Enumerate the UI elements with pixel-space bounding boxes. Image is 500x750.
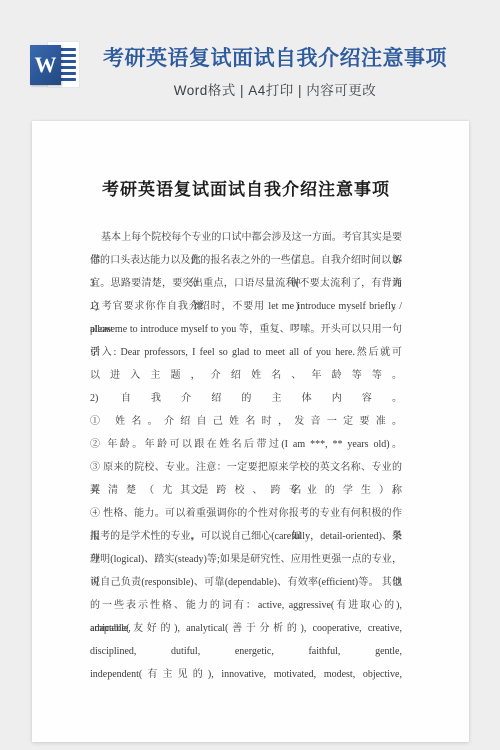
document-text-line: 以进入主题，介绍姓名、年龄等等。 [90, 364, 402, 387]
document-body: 基本上每个院校每个专业的口试中都会涉及这一方面。考官其实是要借此了解你的口头表达… [90, 226, 402, 686]
screenshot-root: { "header": { "icon_letter": "W", "title… [0, 0, 500, 750]
word-icon-letter: W [30, 45, 61, 85]
document-text-line: 引入: Dear professors, I feel so glad to m… [90, 341, 402, 364]
document-text-line: 宜。思路要清楚，要突出重点，口语尽量流利(不要太流利了，有背诵之嫌)。 [90, 272, 402, 295]
document-text-line: ③ 原来的院校、专业。注意：一定要把原来学校的英文名称、专业的英文名称 [90, 456, 402, 479]
document-text-line: 你的口头表达能力以及你的报名表之外的一些信息。自我介绍时间以 2-3 分钟为 [90, 249, 402, 272]
document-text-line: 报考的是学术性的专业，可以说自己细心(carefully，detail-orie… [90, 525, 402, 548]
document-text-line: independent(有主见的), innovative, motivated… [90, 663, 402, 686]
document-text-line: ① 姓名。介绍自己姓名时，发音一定要准。 [90, 410, 402, 433]
page-subtitle: Word格式 | A4打印 | 内容可更改 [85, 79, 465, 99]
document-text-line: 的一些表示性格、能力的词有：active, aggressive(有进取心的),… [90, 594, 402, 617]
document-text-line: 分明(logical)、踏实(steady)等;如果是研究性、应用性更强一点的专… [90, 548, 402, 571]
document-text-line: 基本上每个院校每个专业的口试中都会涉及这一方面。考官其实是要借此了解 [90, 226, 402, 249]
document-text-line: 2) 自我介绍的主体内容。 [90, 387, 402, 410]
document-text-line: 说自己负责(responsible)、可靠(dependable)、有效率(ef… [90, 571, 402, 594]
document-page: 考研英语复试面试自我介绍注意事项 基本上每个院校每个专业的口试中都会涉及这一方面… [32, 121, 469, 742]
header-text-block: 考研英语复试面试自我介绍注意事项 Word格式 | A4打印 | 内容可更改 [85, 42, 465, 99]
word-icon: W [30, 41, 82, 90]
document-text-line: 弄清楚（尤其是跨校、跨专业的学生）。 [90, 479, 402, 502]
document-text-line: allow me to introduce myself to you 等，重复… [90, 318, 402, 341]
header: W 考研英语复试面试自我介绍注意事项 Word格式 | A4打印 | 内容可更改 [0, 0, 500, 120]
document-text-line: ② 年龄。年龄可以跟在姓名后带过(I am ***, ** years old)… [90, 433, 402, 456]
document-text-line: disciplined, dutiful, energetic, faithfu… [90, 640, 402, 663]
document-text-line: ④ 性格、能力。可以着重强调你的个性对你报考的专业有何积极的作用。如果 [90, 502, 402, 525]
document-title: 考研英语复试面试自我介绍注意事项 [90, 179, 402, 201]
document-text-line: amicable(友好的), analytical(善于分析的), cooper… [90, 617, 402, 640]
page-title: 考研英语复试面试自我介绍注意事项 [85, 42, 465, 72]
document-text-line: 1) 考官要求你作自我介绍时，不要用 let me introduce myse… [90, 295, 402, 318]
